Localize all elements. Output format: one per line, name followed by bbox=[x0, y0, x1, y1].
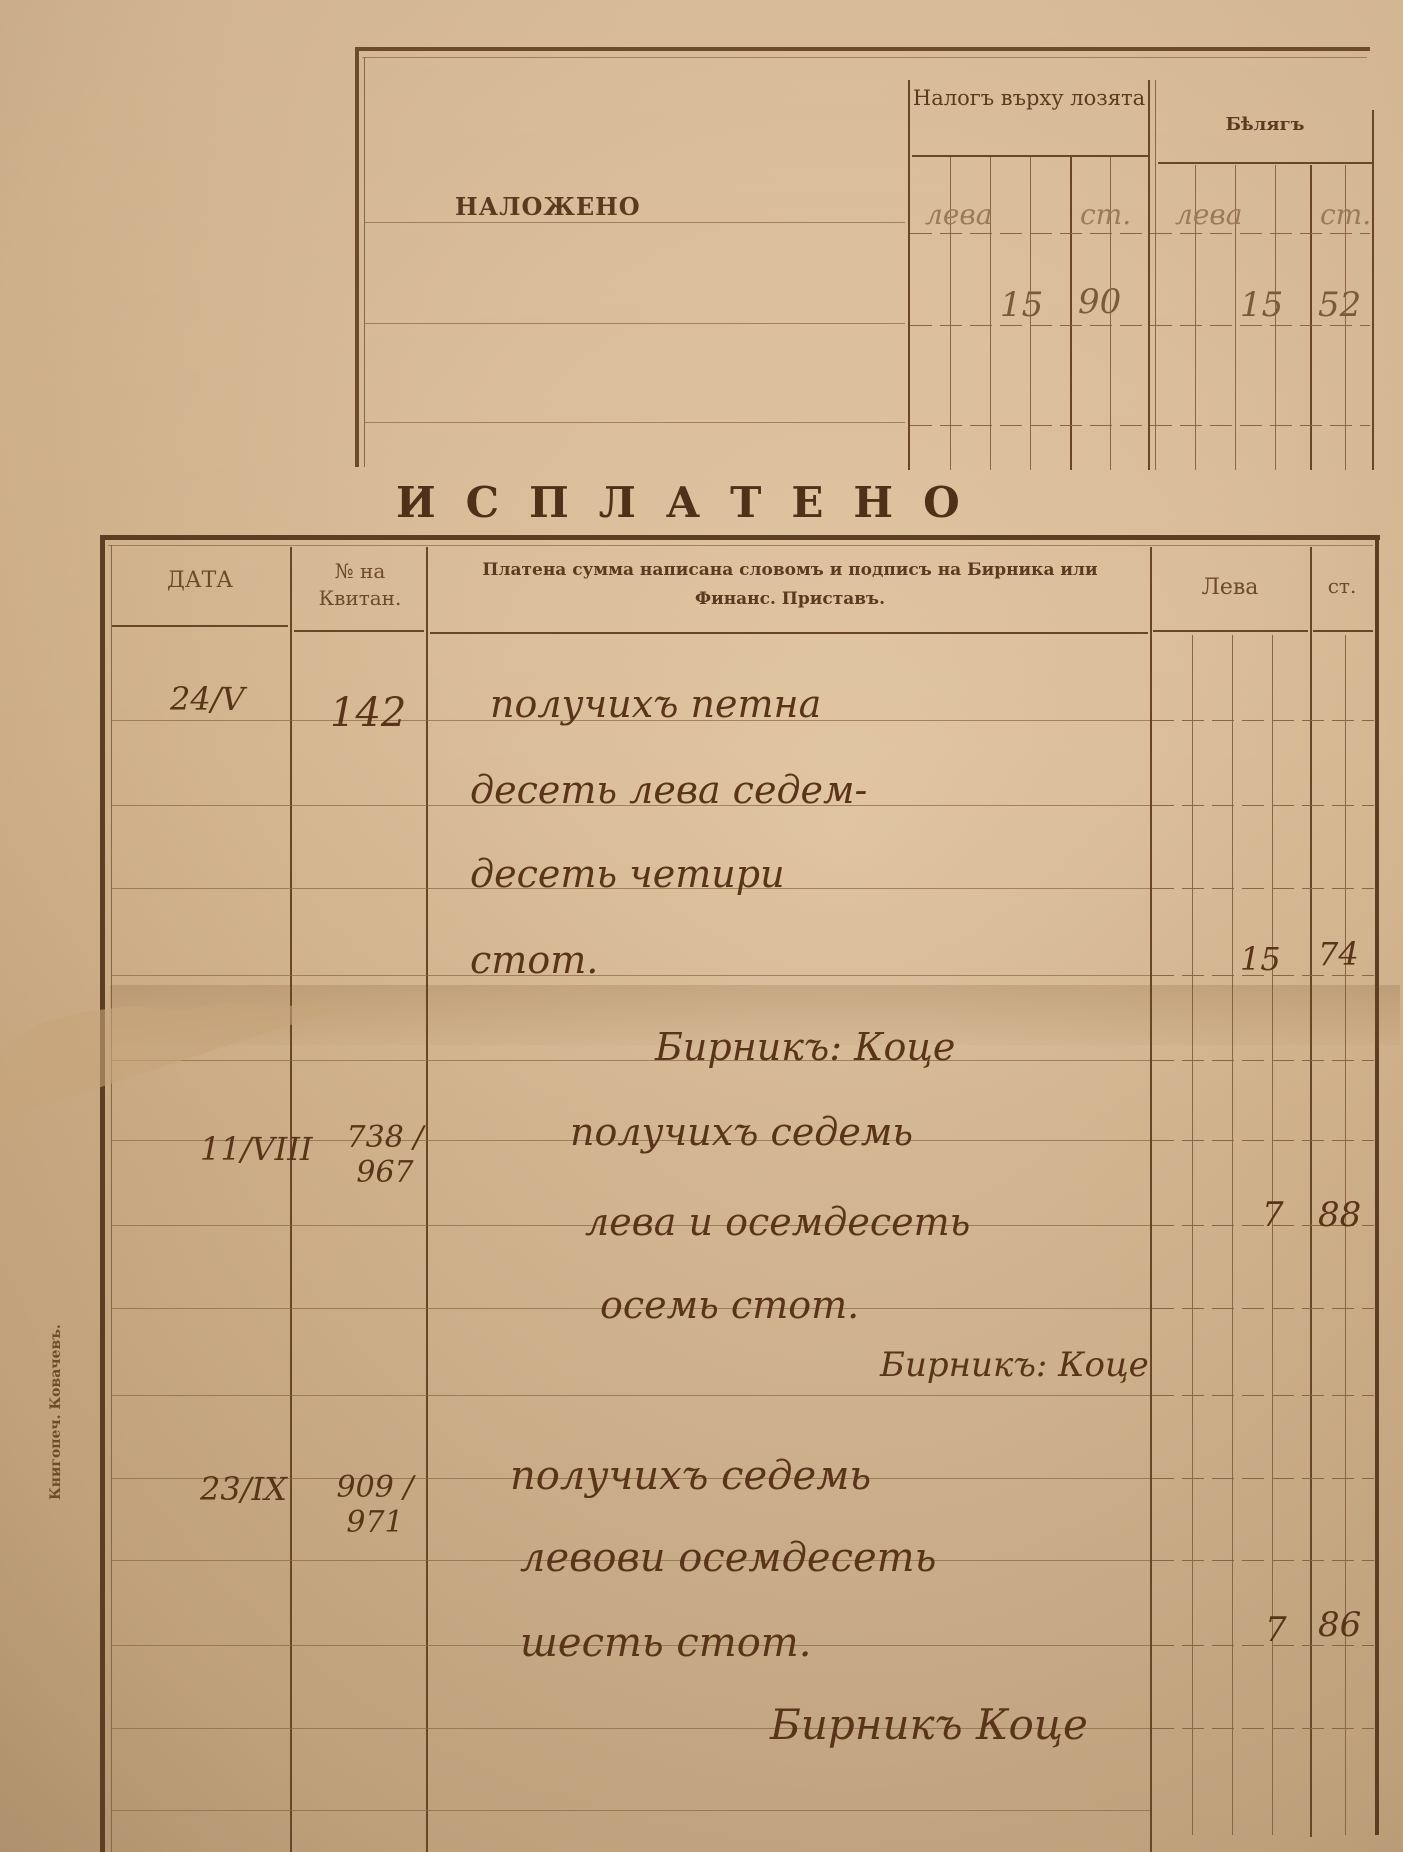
header-description: Платена сумма написана словомъ и подписъ… bbox=[455, 556, 1125, 614]
stamp-st: 52 bbox=[1318, 285, 1361, 325]
header-line bbox=[1153, 630, 1308, 632]
row-st: 88 bbox=[1318, 1195, 1361, 1235]
row-st: 86 bbox=[1318, 1605, 1361, 1645]
row-rule bbox=[112, 1395, 1150, 1396]
row-rule bbox=[112, 1060, 1150, 1061]
header-leva: Лева bbox=[1152, 572, 1308, 604]
row-date: 11/VIII bbox=[200, 1130, 313, 1168]
money-rule bbox=[1152, 1060, 1374, 1061]
paid-frame-right bbox=[1375, 535, 1379, 1835]
imposed-frame-left-inner bbox=[364, 57, 365, 467]
stamp-leva: 15 bbox=[1240, 285, 1283, 325]
imposed-subheader-line bbox=[1158, 162, 1372, 164]
stamp-st-subheader: ст. bbox=[1320, 198, 1371, 231]
paid-frame-left-inner bbox=[111, 545, 112, 1852]
row-leva: 7 bbox=[1262, 1195, 1284, 1235]
money-rule bbox=[1152, 1560, 1374, 1561]
money-rule bbox=[1152, 888, 1374, 889]
imposed-frame-left bbox=[355, 47, 359, 467]
row-rule bbox=[112, 975, 1150, 976]
printer-imprint: Книгопеч. Ковачевъ. bbox=[48, 1324, 64, 1500]
row-leva: 15 bbox=[1240, 940, 1281, 978]
col-divider-receipt bbox=[426, 547, 428, 1852]
row-receipt-no: 142 bbox=[330, 690, 406, 736]
lozya-st-subheader: ст. bbox=[1080, 198, 1131, 231]
col-divider-leva bbox=[1310, 547, 1312, 1837]
stamp-header: Бѣлягъ bbox=[1160, 112, 1370, 138]
leva-subcol bbox=[1232, 635, 1233, 1835]
row-signature: Бирникъ Коце bbox=[770, 1700, 1088, 1749]
lozya-tax-leva: 15 bbox=[1000, 285, 1043, 325]
header-receipt-no: № на Квитан. bbox=[300, 558, 420, 612]
imposed-dash-line bbox=[910, 425, 1370, 426]
row-text-line: стот. bbox=[470, 938, 598, 982]
imposed-divider bbox=[908, 80, 910, 470]
imposed-divider bbox=[1148, 80, 1150, 470]
row-text-line: лева и осемдесеть bbox=[585, 1200, 970, 1244]
imposed-frame-right bbox=[1372, 110, 1374, 470]
row-receipt-no: 909 / 971 bbox=[320, 1470, 430, 1540]
imposed-frame-top bbox=[355, 47, 1370, 51]
col-divider-text bbox=[1150, 547, 1152, 1852]
paid-frame-left bbox=[100, 535, 105, 1852]
money-rule bbox=[1152, 1478, 1374, 1479]
row-signature: Бирникъ: Коце bbox=[880, 1345, 1149, 1385]
paid-frame-top-inner bbox=[108, 545, 1373, 546]
row-date: 24/V bbox=[170, 680, 245, 718]
paid-frame-top bbox=[100, 535, 1380, 540]
lozya-leva-subheader: лева bbox=[925, 198, 992, 231]
row-text-line: шесть стот. bbox=[520, 1620, 811, 1666]
row-text-line: получихъ седемь bbox=[570, 1110, 913, 1154]
col-divider-date bbox=[290, 547, 292, 1852]
imposed-dash-line bbox=[910, 233, 1370, 234]
header-line bbox=[430, 632, 1148, 634]
header-line bbox=[1313, 630, 1373, 632]
imposed-frame-top-inner bbox=[362, 57, 1367, 58]
leva-subcol bbox=[1272, 635, 1273, 1835]
header-line bbox=[294, 630, 424, 632]
header-st: ст. bbox=[1312, 572, 1372, 601]
row-date: 23/IX bbox=[200, 1470, 287, 1508]
header-date: ДАТА bbox=[112, 565, 288, 597]
money-rule bbox=[1152, 1645, 1374, 1646]
row-st: 74 bbox=[1318, 935, 1359, 973]
st-subcol bbox=[1345, 635, 1346, 1835]
row-text-line: получихъ седемь bbox=[510, 1453, 871, 1499]
lozya-tax-header: Налогъ върху лозята bbox=[912, 84, 1146, 112]
imposed-rule bbox=[365, 323, 905, 324]
row-leva: 7 bbox=[1265, 1610, 1287, 1650]
row-rule bbox=[112, 1810, 1150, 1811]
money-rule bbox=[1152, 805, 1374, 806]
imposed-title: НАЛОЖЕНО bbox=[455, 192, 641, 221]
money-rule bbox=[1152, 1140, 1374, 1141]
imposed-rule bbox=[365, 222, 905, 223]
row-text-line: десеть лева седем- bbox=[470, 768, 867, 812]
imposed-rule bbox=[365, 422, 905, 423]
leva-subcol bbox=[1192, 635, 1193, 1835]
paid-title: ИСПЛАТЕНО bbox=[396, 478, 990, 527]
row-text-line: десеть четири bbox=[470, 852, 785, 896]
money-rule bbox=[1152, 1395, 1374, 1396]
money-rule bbox=[1152, 720, 1374, 721]
row-text-line: осемь стот. bbox=[600, 1283, 859, 1327]
money-rule bbox=[1152, 1308, 1374, 1309]
subcol-line bbox=[1070, 157, 1072, 470]
header-line bbox=[112, 625, 288, 627]
lozya-tax-st: 90 bbox=[1078, 282, 1121, 322]
row-text-line: получихъ петна bbox=[490, 682, 821, 726]
stamp-leva-subheader: лева bbox=[1175, 198, 1242, 231]
row-text-line: левови осемдесеть bbox=[520, 1535, 936, 1581]
row-receipt-no: 738 / 967 bbox=[340, 1120, 430, 1190]
imposed-divider bbox=[1155, 80, 1156, 470]
money-rule bbox=[1152, 1728, 1374, 1729]
imposed-dash-line bbox=[910, 325, 1370, 326]
